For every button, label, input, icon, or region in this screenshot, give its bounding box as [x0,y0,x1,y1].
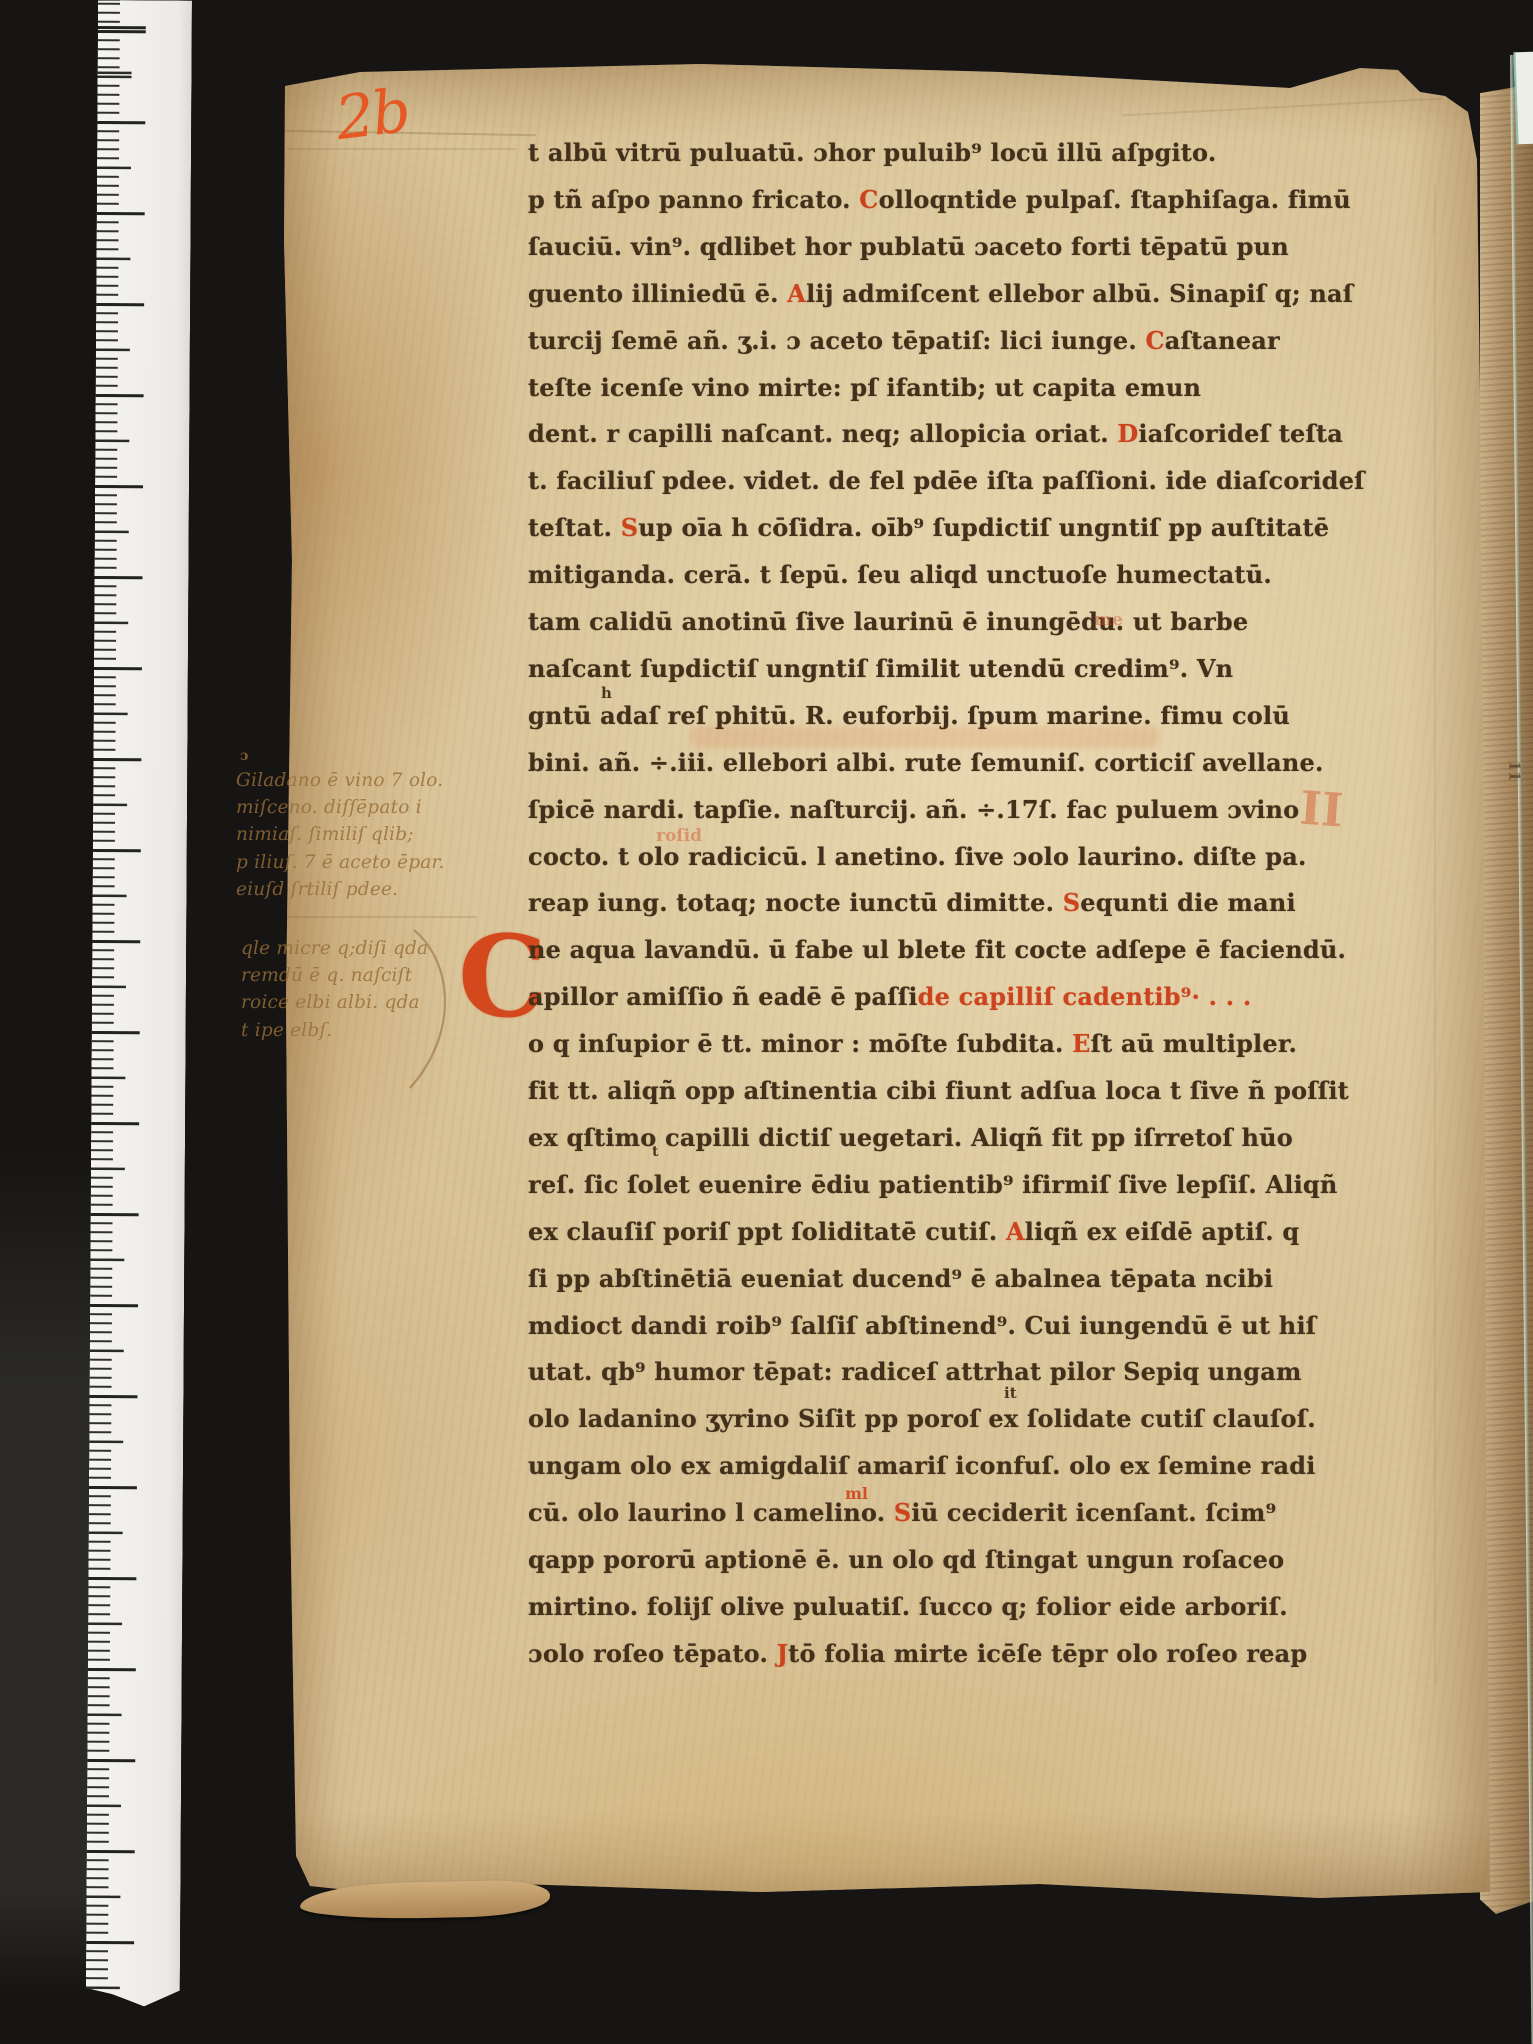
text-line: turcij ſemē añ. ʒ.i. ɔ aceto tēpatiſ: li… [528,326,1280,355]
gloss-line: t ipe elbſ. [241,1020,333,1041]
gloss-bracket-line [392,922,472,1097]
ink-text: mitiganda. cerā. t ſepū. ſeu aliqd unctu… [528,560,1272,589]
ink-text: equnti die mani [1080,888,1296,917]
annotation-mark: ɔ [240,748,249,764]
ink-text: tam calidū anotinū ſive laurinū ē inungē… [528,607,1248,636]
rubric-text: A [787,279,806,308]
text-line: qapp pororū aptionē ē. un olo qd ſtingat… [528,1545,1284,1574]
annotation-mark: h [601,684,612,702]
gloss-line: Giladano ē vino 7 olo. [236,770,443,791]
text-line: reap iung. totaq; nocte iunctū dimitte. … [528,888,1296,917]
ink-text: up oīa h cōſidra. oīb⁹ ſupdictiſ ungntiſ… [638,513,1329,542]
ink-text: gntū adaſ reſ phitū. R. euforbij. ſpum m… [528,701,1290,730]
ink-text: dent. r capilli naſcant. neq; allopicia … [528,419,1117,448]
ink-text: bini. añ. ÷.iii. ellebori albi. rute ſem… [528,748,1324,777]
ruler-number: 15 [239,554,275,604]
rubric-text: C [1145,326,1164,355]
ruler-number: 4 [233,1555,269,1605]
ink-text: mirtino. folijſ olive puluatiſ. ſucco q;… [528,1592,1288,1621]
ruler-number: 21 [243,8,279,58]
ink-text: aſtanear [1165,326,1280,355]
ink-text: p tñ aſpo panno fricato. [528,185,859,214]
crease-line [282,916,477,918]
text-line: mdioct dandi roib⁹ ſalſiſ abſtinend⁹. Cu… [528,1311,1316,1340]
text-line: ſi pp abſtinētiā eueniat ducend⁹ ē abaln… [528,1264,1273,1293]
ink-text: olo ladanino ʒyrino Siſit pp poroſ ex ſo… [528,1404,1316,1433]
text-line: tam calidū anotinū ſive laurinū ē inungē… [528,607,1248,636]
ruler-number: 16 [240,463,276,513]
ink-text: ſpicē nardi. tapſie. naſturcij. añ. ÷.17… [528,795,1299,824]
text-line: mitiganda. cerā. t ſepū. ſeu aliqd unctu… [528,560,1272,589]
ruler-number: 18 [241,281,277,331]
ink-text: o q inſupior ē tt. minor : mōſte ſubdita… [528,1029,1072,1058]
gloss-line: p iliuſ. 7 ē aceto ēpar. [236,852,445,873]
ink-text: ɔolo roſeo tēpato. [528,1639,777,1668]
text-line: ſauciū. vin⁹. qdlibet hor publatū ɔaceto… [528,232,1289,261]
corner-paper-sliver [1513,52,1533,145]
text-line: ungam olo ex amigdaliſ amariſ iconfuſ. o… [528,1451,1316,1480]
ruler-number: 17 [240,372,276,422]
ruler-cm-ticks [86,0,146,2006]
ink-text: reſ. ſic ſolet euenire ēdiu patientib⁹ i… [528,1170,1338,1199]
ink-text: teſtat. [528,513,621,542]
text-line: ɔolo roſeo tēpato. Jtō folia mirte icēſe… [528,1639,1307,1668]
ink-text: teſte icenſe vino mirte: pſ ifantib; ut … [528,373,1201,402]
ink-text: turcij ſemē añ. ʒ.i. ɔ aceto tēpatiſ: li… [528,326,1145,355]
gloss-line: remdū ē q. naſciſt [241,965,412,986]
gloss-line: eiuſd ſrtiliſ pdee. [236,879,398,900]
annotation-mark: roſid [656,826,702,846]
rubric-text: S [621,513,639,542]
ink-text: ungam olo ex amigdaliſ amariſ iconfuſ. o… [528,1451,1316,1480]
text-line: ſpicē nardi. tapſie. naſturcij. añ. ÷.17… [528,795,1299,824]
ink-text: cū. olo laurino l camelino. [528,1498,894,1527]
text-line: ne aqua lavandū. ū fabe ul blete fit coc… [528,935,1346,964]
ink-text: mdioct dandi roib⁹ ſalſiſ abſtinend⁹. Cu… [528,1311,1316,1340]
ruler-number: 7 [235,1282,271,1332]
ruler-number: 5 [234,1464,270,1514]
rubric-text: E [1072,1029,1091,1058]
text-line: t albū vitrū puluatū. ɔhor puluib⁹ locū … [528,138,1216,167]
ruler-number: 20 [242,99,278,149]
ruler-number: 0 [231,1919,267,1969]
ink-text: t. faciliuſ pdee. videt. de fel pdēe iſt… [528,466,1365,495]
ink-text: apillor amiſſio ñ eadē ē paſſi [528,982,918,1011]
crease-line [1434,184,1436,1684]
text-line: dent. r capilli naſcant. neq; allopicia … [528,419,1343,448]
text-line: cū. olo laurino l camelino. Siū cecideri… [528,1498,1276,1527]
text-line: reſ. ſic ſolet euenire ēdiu patientib⁹ i… [528,1170,1338,1199]
text-line: mirtino. folijſ olive puluatiſ. ſucco q;… [528,1592,1288,1621]
ink-text: t albū vitrū puluatū. ɔhor puluib⁹ locū … [528,138,1216,167]
crease-line [286,148,516,150]
ink-text: iū ceciderit icenſant. ſcim⁹ [911,1498,1276,1527]
text-line: teſte icenſe vino mirte: pſ ifantib; ut … [528,373,1201,402]
ruler-number: 19 [242,190,278,240]
rubric-text: C [859,185,878,214]
measurement-ruler: 2120191817161514131211109876543210 [86,0,192,2007]
fore-edge-mark: 11 [1505,761,1523,782]
ink-text: fit tt. aliqñ opp aſtinentia cibi fiunt … [528,1076,1349,1105]
ink-text: ſauciū. vin⁹. qdlibet hor publatū ɔaceto… [528,232,1289,261]
ink-text: olloqntide pulpaſ. ſtaphiſaga. fimū [879,185,1351,214]
book-fore-edge [1480,84,1533,1914]
annotation-mark: it [1004,1384,1017,1402]
text-line: guento illiniedū ē. Alij admiſcent elleb… [528,279,1353,308]
gloss-line: miſceno. diſſēpato i [236,797,422,818]
text-line: teſtat. Sup oīa h cōſidra. oīb⁹ ſupdicti… [528,513,1329,542]
text-line: gntū adaſ reſ phitū. R. euforbij. ſpum m… [528,701,1290,730]
annotation-mark: t [652,1144,658,1160]
rubric-text: D [1117,419,1138,448]
ink-text: liqñ ex eiſdē aptiſ. q [1025,1217,1300,1246]
text-line: o q inſupior ē tt. minor : mōſte ſubdita… [528,1029,1297,1058]
annotation-mark: ml [845,1484,868,1503]
ruler-number: 8 [235,1191,271,1241]
ink-text: ne aqua lavandū. ū fabe ul blete fit coc… [528,935,1346,964]
ink-text: tō folia mirte icēſe tēpr olo roſeo reap [788,1639,1307,1668]
text-line: ex clauſiſ poriſ ppt ſoliditatē cutiſ. A… [528,1217,1299,1246]
rubric-text: A [1006,1217,1025,1246]
text-line: t. faciliuſ pdee. videt. de fel pdēe iſt… [528,466,1365,495]
rubric-text: S [894,1498,912,1527]
ruler-number: 14 [239,645,275,695]
ink-text: naſcant ſupdictiſ ungntiſ ſimilit utendū… [528,654,1233,683]
text-line: p tñ aſpo panno fricato. Colloqntide pul… [528,185,1351,214]
ink-text: iaſcorideſ teſta [1138,419,1343,448]
rubric-text: de capilliſ cadentib⁹· . . . [918,982,1252,1011]
text-line: olo ladanino ʒyrino Siſit pp poroſ ex ſo… [528,1404,1316,1433]
rubric-text: S [1063,888,1081,917]
ink-text: reap iung. totaq; nocte iunctū dimitte. [528,888,1063,917]
text-line: cocto. t olo radicicū. l anetino. ſive ɔ… [528,842,1307,871]
ruler-number: 6 [234,1373,270,1423]
text-line: ex qſtimo capilli dictiſ uegetari. Aliqñ… [528,1123,1293,1152]
annotation-mark: II [1298,781,1345,838]
ink-text: ex clauſiſ poriſ ppt ſoliditatē cutiſ. [528,1217,1006,1246]
rubric-text: J [777,1639,789,1668]
ruler-number: 1 [232,1828,268,1878]
ink-text: ſt aū multipler. [1091,1029,1297,1058]
ink-text: ex qſtimo capilli dictiſ uegetari. Aliqñ… [528,1123,1293,1152]
folio-number: 2b [332,76,413,154]
ink-text: guento illiniedū ē. [528,279,787,308]
gloss-line: nimiaſ. ſimiliſ qlib; [236,824,414,845]
text-line: fit tt. aliqñ opp aſtinentia cibi fiunt … [528,1076,1349,1105]
text-line: utat. qb⁹ humor tēpat: radiceſ attrhat p… [528,1357,1302,1386]
text-line: bini. añ. ÷.iii. ellebori albi. rute ſem… [528,748,1324,777]
text-line: naſcant ſupdictiſ ungntiſ ſimilit utendū… [528,654,1233,683]
crease-line [1122,98,1442,117]
annotation-mark: me [1094,610,1123,630]
ink-text: cocto. t olo radicicū. l anetino. ſive ɔ… [528,842,1307,871]
ruler-number: 3 [233,1646,269,1696]
ink-text: ſi pp abſtinētiā eueniat ducend⁹ ē abaln… [528,1264,1273,1293]
ink-text: utat. qb⁹ humor tēpat: radiceſ attrhat p… [528,1357,1302,1386]
ink-text: qapp pororū aptionē ē. un olo qd ſtingat… [528,1545,1284,1574]
ink-text: lij admiſcent ellebor albū. Sinapiſ q; n… [806,279,1353,308]
text-line: apillor amiſſio ñ eadē ē paſſide capilli… [528,982,1251,1011]
ruler-number: 2 [232,1737,268,1787]
ruler-number: 9 [236,1100,272,1150]
manuscript-photo-scene: 2120191817161514131211109876543210 11 2b… [0,0,1533,2044]
